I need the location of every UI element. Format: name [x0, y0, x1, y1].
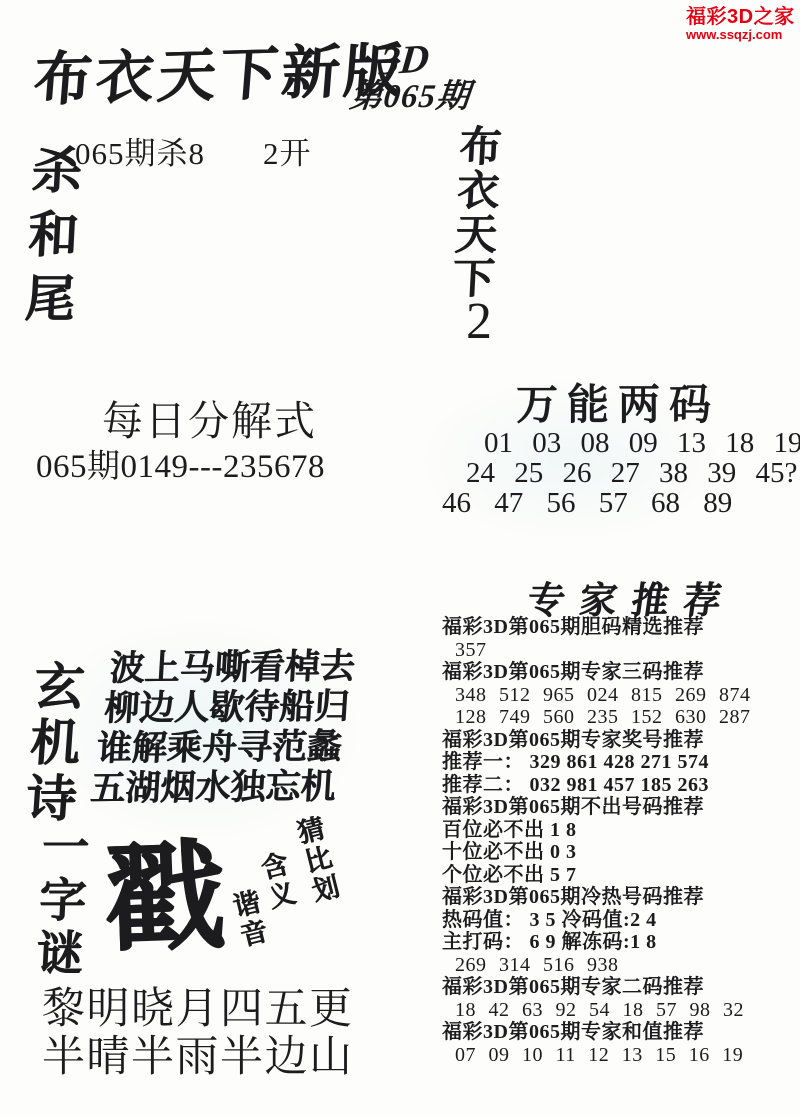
expert-line: 18 42 63 92 54 18 57 98 32	[442, 999, 798, 1022]
riddle-answer-character: 戳	[104, 838, 226, 960]
expert-line: 十位必不出 0 3	[442, 841, 798, 864]
poem-line: 五湖烟水独忘机	[89, 767, 348, 809]
brand-number: 2	[466, 292, 492, 351]
kill-vertical-label: 杀和尾	[19, 144, 79, 336]
expert-line: 福彩3D第065期专家三码推荐	[442, 661, 798, 684]
brand-vertical-label: 布衣天下	[447, 124, 498, 300]
expert-line: 福彩3D第065期专家和值推荐	[442, 1021, 798, 1044]
two-codes-grid: 01 03 08 09 13 18 19? 24 25 26 27 38 39 …	[440, 428, 800, 518]
two-codes-row: 01 03 08 09 13 18 19?	[484, 428, 800, 458]
expert-line: 主打码： 6 9 解冻码:1 8	[442, 931, 798, 954]
poem-line: 柳边人歇待船归	[103, 687, 353, 729]
expert-line: 福彩3D第065期胆码精选推荐	[442, 616, 798, 639]
poem-line: 波上马嘶看棹去	[108, 647, 355, 689]
couplet-line: 半晴半雨半边山	[42, 1034, 354, 1082]
mystery-poem: 波上马嘶看棹去 柳边人歇待船归 谁解乘舟寻范蠡 五湖烟水独忘机	[89, 647, 356, 809]
riddle-hint-meaning: 含义	[255, 850, 296, 915]
mystery-poem-label: 玄机诗	[20, 660, 82, 828]
kill-headline: 065期杀82开	[75, 128, 312, 173]
two-codes-row: 46 47 56 57 68 89	[442, 488, 800, 518]
expert-line: 269 314 516 938	[442, 954, 798, 977]
one-char-riddle-label: 一字谜	[30, 822, 85, 981]
poem-line: 谁解乘舟寻范蠡	[96, 727, 351, 769]
expert-line: 福彩3D第065期专家二码推荐	[442, 976, 798, 999]
expert-line: 357	[442, 639, 798, 662]
daily-decompose-title: 每日分解式	[102, 388, 317, 447]
daily-decompose-formula: 065期0149---235678	[36, 440, 325, 487]
expert-line: 个位必不出 5 7	[442, 864, 798, 887]
riddle-hint-strokes: 猜比划	[292, 814, 340, 908]
expert-line: 福彩3D第065期冷热号码推荐	[442, 886, 798, 909]
expert-line: 348 512 965 024 815 269 874	[442, 684, 798, 707]
two-codes-row: 24 25 26 27 38 39 45?	[466, 458, 800, 488]
bottom-couplet: 黎明晓月四五更 半晴半雨半边山	[42, 986, 354, 1082]
expert-line: 推荐一： 329 861 428 271 574	[442, 751, 798, 774]
site-badge: 福彩3D之家 www.ssqzj.com	[686, 6, 795, 42]
expert-line: 百位必不出 1 8	[442, 819, 798, 842]
riddle-hint-homophone: 谐音	[227, 888, 268, 953]
site-badge-title: 福彩3D之家	[686, 6, 795, 28]
expert-line: 07 09 10 11 12 13 15 16 19	[442, 1044, 798, 1067]
site-badge-url: www.ssqzj.com	[686, 28, 795, 42]
expert-lines: 福彩3D第065期胆码精选推荐357福彩3D第065期专家三码推荐348 512…	[442, 616, 798, 1066]
two-codes-title: 万能两码	[516, 372, 720, 432]
expert-line: 热码值： 3 5 冷码值:2 4	[442, 909, 798, 932]
kill-headline-text: 065期杀8	[75, 136, 205, 171]
masthead-issue-number: 第065期	[348, 70, 473, 117]
lottery-sheet-page: 福彩3D之家 www.ssqzj.com 布衣天下新版 3D 第065期 065…	[0, 0, 800, 1117]
couplet-line: 黎明晓月四五更	[42, 986, 354, 1034]
expert-line: 128 749 560 235 152 630 287	[442, 706, 798, 729]
expert-line: 推荐二： 032 981 457 185 263	[442, 774, 798, 797]
expert-line: 福彩3D第065期专家奖号推荐	[442, 729, 798, 752]
expert-line: 福彩3D第065期不出号码推荐	[442, 796, 798, 819]
kill-open-text: 2开	[263, 136, 312, 171]
